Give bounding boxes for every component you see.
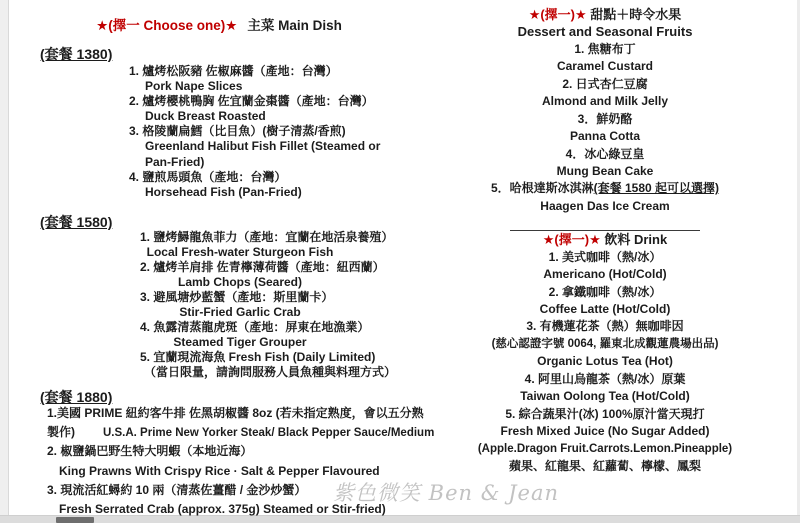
item-en-line: Horsehead Fish (Pan-Fried)	[129, 185, 380, 200]
item-en-line: Pan-Fried)	[129, 155, 380, 170]
item-zh-line: 1. 鹽烤鱘龍魚菲力（產地：宜蘭在地活泉養殖）	[140, 230, 396, 245]
item-zh-line: 2. 日式杏仁豆腐	[470, 76, 740, 93]
item-en-inline: U.S.A. Prime New Yorker Steak/ Black Pep…	[75, 427, 434, 439]
item-en-line: Haagen Das Ice Cream	[470, 198, 740, 215]
item-note-line: (慈心認證字號 0064, 羅東北成觀蓮農場出品)	[470, 336, 740, 353]
set-1580-items: 1. 鹽烤鱘龍魚菲力（產地：宜蘭在地活泉養殖） Local Fresh-wate…	[140, 230, 396, 380]
choose-one-label: ★(擇一)★	[529, 7, 587, 22]
item-en-line: Fresh Mixed Juice (No Sugar Added)	[470, 423, 740, 440]
item-en-line: Duck Breast Roasted	[129, 109, 380, 124]
item-zh-line: 1. 焦糖布丁	[470, 41, 740, 58]
item-en-line: Stir-Fried Garlic Crab	[110, 305, 370, 320]
item-mixed-line: 製作)U.S.A. Prime New Yorker Steak/ Black …	[47, 423, 477, 442]
cropped-image-fragment	[56, 517, 94, 523]
item-underlined-note: (套餐 1580 起可以選擇)	[594, 181, 719, 195]
main-dish-header: ★(擇一 Choose one)★主菜 Main Dish	[9, 14, 429, 34]
choose-one-label: ★(擇一 Choose one)★	[96, 18, 237, 33]
item-zh-line: 4．冰心綠豆皇	[470, 146, 740, 163]
item-zh-line: 3. 避風塘炒藍蟹（產地：斯里蘭卡）	[140, 290, 396, 305]
drink-title-zh: 飲料 Drink	[604, 232, 667, 247]
item-zh-line: 3. 格陵蘭扁鱈（比目魚）(樹子清蒸/香煎)	[129, 124, 380, 139]
item-en-line: Lamb Chops (Seared)	[110, 275, 370, 290]
item-zh-text: 5．哈根達斯冰淇淋	[491, 181, 594, 195]
item-zh-line: 5．哈根達斯冰淇淋(套餐 1580 起可以選擇)	[470, 180, 740, 197]
photographer-watermark: 紫色微笑 Ben & Jean	[333, 477, 553, 507]
item-zh-line: 2. 椒鹽鍋巴野生特大明蝦（本地近海）	[47, 442, 477, 461]
item-note-line: 蘋果、紅龍果、紅蘿蔔、檸檬、鳳梨	[470, 458, 740, 475]
item-en-line: Steamed Tiger Grouper	[110, 335, 370, 350]
main-dish-title: 主菜 Main Dish	[247, 18, 342, 33]
item-zh-line: 1. 爐烤松阪豬 佐椒麻醬（產地：台灣）	[129, 64, 380, 79]
dessert-title-en: Dessert and Seasonal Fruits	[470, 23, 740, 40]
main-dish-column: ★(擇一 Choose one)★主菜 Main Dish (套餐 1380) …	[9, 0, 469, 523]
item-en-line: Local Fresh-water Sturgeon Fish	[110, 245, 370, 260]
item-zh-line: 3．鮮奶酪	[470, 111, 740, 128]
set-1380-title: (套餐 1380)	[40, 44, 112, 64]
item-zh-line: 1.美國 PRIME 紐約客牛排 佐黑胡椒醬 8oz (若未指定熟度，會以五分熟	[47, 404, 477, 423]
item-en-line: Caramel Custard	[470, 58, 740, 75]
item-en-line: Almond and Milk Jelly	[470, 93, 740, 110]
item-en-line: Coffee Latte (Hot/Cold)	[470, 301, 740, 318]
section-divider-row	[470, 215, 740, 231]
item-en-line: Greenland Halibut Fish Fillet (Steamed o…	[129, 139, 380, 154]
item-zh-line: 4. 魚露清蒸龍虎斑（產地：屏東在地漁業）	[140, 320, 396, 335]
item-zh-line: 1. 美式咖啡（熱/冰）	[470, 249, 740, 266]
item-zh-continuation: 製作)	[47, 425, 75, 439]
item-en-line: Mung Bean Cake	[470, 163, 740, 180]
item-zh-line: 5. 綜合蔬果汁(冰) 100%原汁當天現打	[470, 406, 740, 423]
item-note-line: （當日限量，請詢問服務人員魚種與料理方式）	[140, 365, 396, 380]
set-1380-items: 1. 爐烤松阪豬 佐椒麻醬（產地：台灣） Pork Nape Slices 2.…	[129, 64, 380, 200]
item-note-line: (Apple.Dragon Fruit.Carrots.Lemon.Pineap…	[470, 441, 740, 458]
item-en-line: Panna Cotta	[470, 128, 740, 145]
item-zh-line: 2. 拿鐵咖啡（熱/冰）	[470, 284, 740, 301]
item-zh-line: 2. 爐烤櫻桃鴨胸 佐宜蘭金棗醬（產地：台灣）	[129, 94, 380, 109]
dessert-title-zh: 甜點＋時令水果	[590, 7, 681, 22]
set-1580-title: (套餐 1580)	[40, 212, 112, 232]
item-zh-line: 4. 阿里山烏龍茶（熱/冰）原葉	[470, 371, 740, 388]
drink-header: ★(擇一)★ 飲料 Drink	[470, 231, 740, 248]
page-edge-left	[0, 0, 9, 523]
dessert-drink-column: ★(擇一)★ 甜點＋時令水果 Dessert and Seasonal Frui…	[470, 6, 740, 475]
item-zh-line: 2. 爐烤羊肩排 佐青檸薄荷醬（產地：紐西蘭）	[140, 260, 396, 275]
item-zh-line: 4. 鹽煎馬頭魚（產地：台灣）	[129, 170, 380, 185]
item-zh-line: 5. 宜蘭現流海魚 Fresh Fish (Daily Limited)	[140, 350, 396, 365]
item-en-line: Pork Nape Slices	[129, 79, 380, 94]
item-en-line: Americano (Hot/Cold)	[470, 266, 740, 283]
item-zh-line: 3. 有機蓮花茶（熱）無咖啡因	[470, 318, 740, 335]
dessert-header: ★(擇一)★ 甜點＋時令水果	[470, 6, 740, 23]
item-en-line: Organic Lotus Tea (Hot)	[470, 353, 740, 370]
item-en-line: Taiwan Oolong Tea (Hot/Cold)	[470, 388, 740, 405]
choose-one-label: ★(擇一)★	[543, 232, 601, 247]
